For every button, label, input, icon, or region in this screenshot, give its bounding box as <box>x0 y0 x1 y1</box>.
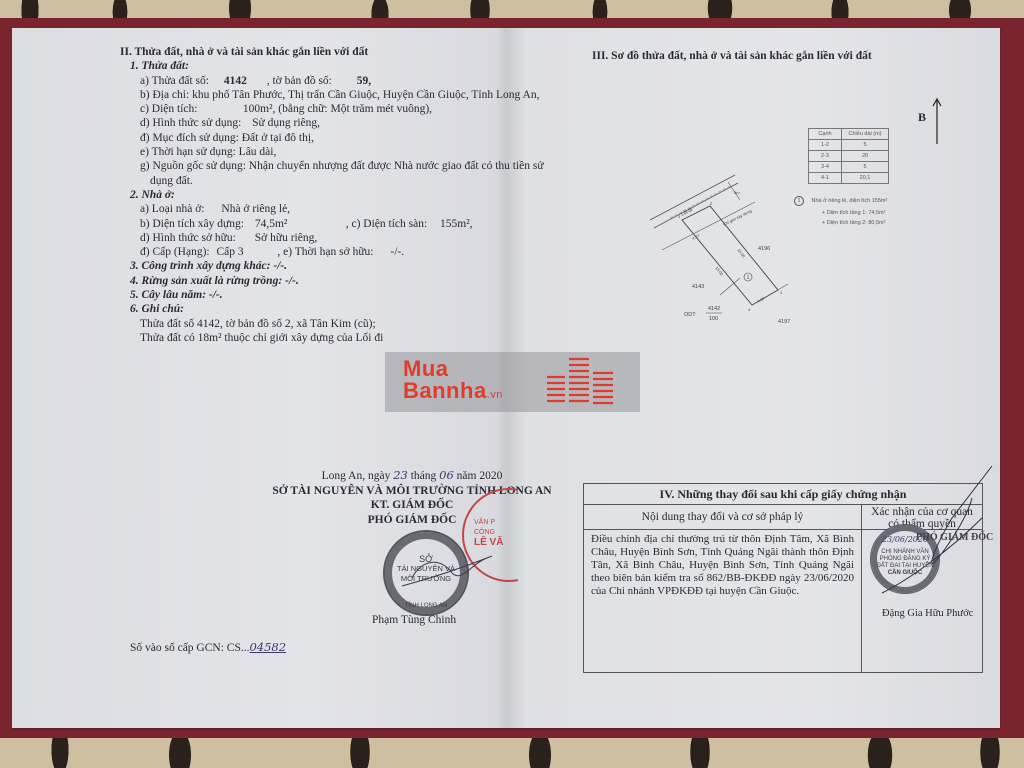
section-iii-title: III. Sơ đồ thửa đất, nhà ở và tài sản kh… <box>592 50 872 62</box>
north-label: B <box>918 110 926 125</box>
term-row: e) Thời hạn sử dụng: Lâu dài, <box>120 146 510 160</box>
certificate-paper: II. Thửa đất, nhà ở và tài sản khác gắn … <box>12 28 1000 728</box>
svg-text:4142: 4142 <box>708 306 720 312</box>
svg-text:4196: 4196 <box>758 246 770 252</box>
svg-text:4197: 4197 <box>778 319 790 325</box>
confirm-signer: Đặng Gia Hữu Phước <box>882 608 973 619</box>
use-form-row: d) Hình thức sử dụng: Sử dụng riêng, <box>120 117 510 131</box>
grade-row: đ) Cấp (Hạng): Cấp 3 , e) Thời hạn sở hữ… <box>120 246 510 260</box>
section-ii-title: II. Thửa đất, nhà ở và tài sản khác gắn … <box>120 46 510 60</box>
parcel-sketch-diagram: 1 Lối đi Chỉ giới xây dựng 5m 4.97 15.00… <box>640 160 812 332</box>
note-2: Thửa đất có 18m² thuộc chỉ giới xây dựng… <box>120 332 510 346</box>
gcn-registry: Số vào sổ cấp GCN: CS...04582 <box>130 640 286 655</box>
changes-col-content: Nội dung thay đổi và cơ sở pháp lý <box>584 505 862 529</box>
watermark-logo: Mua Bannha.vn <box>385 352 640 412</box>
parcel-row: a) Thửa đất số: 4142 , tờ bản đồ số: 59, <box>120 75 510 89</box>
left-signer-name: Phạm Tùng Chinh <box>372 613 456 627</box>
land-heading: 1. Thửa đất: <box>120 60 510 74</box>
svg-text:ODT: ODT <box>684 312 696 318</box>
buildings-logo-icon <box>545 355 625 409</box>
forest: 4. Rừng sản xuất là rừng trồng: -/-. <box>120 275 510 289</box>
left-page-content: II. Thửa đất, nhà ở và tài sản khác gắn … <box>120 46 510 346</box>
north-arrow-icon <box>927 96 947 146</box>
map-sheet-number: 59, <box>357 75 371 87</box>
table-row: 1-25 <box>809 140 889 151</box>
house-heading: 2. Nhà ở: <box>120 189 510 203</box>
notes-heading: 6. Ghi chú: <box>120 303 510 317</box>
svg-text:15.00: 15.00 <box>714 266 725 278</box>
other-works: 3. Công trình xây dựng khác: -/-. <box>120 260 510 274</box>
ownership-row: d) Hình thức sở hữu: Sở hữu riêng, <box>120 232 510 246</box>
table-row: 4-120,1 <box>809 173 889 184</box>
svg-text:4.97: 4.97 <box>691 233 701 241</box>
change-content: Điều chỉnh địa chỉ thường trú từ thôn Đị… <box>584 530 862 672</box>
signature-scribble-left <box>392 538 502 598</box>
house-type-row: a) Loại nhà ở: Nhà ở riêng lẻ, <box>120 203 510 217</box>
place-date: Long An, ngày 23 tháng 06 năm 2020 <box>262 468 562 484</box>
svg-text:4143: 4143 <box>692 284 704 290</box>
parcel-number: 4142 <box>224 75 264 87</box>
area-row: c) Diện tích: 100m², (bằng chữ: Một trăm… <box>120 103 510 117</box>
address-row: b) Địa chỉ: khu phố Tân Phước, Thị trấn … <box>120 89 510 103</box>
svg-text:Lối đi: Lối đi <box>680 207 693 218</box>
origin-cont: dụng đất. <box>120 175 510 189</box>
address-value: khu phố Tân Phước, Thị trấn Cần Giuộc, H… <box>192 89 539 101</box>
svg-text:100: 100 <box>709 316 718 322</box>
table-row: 2-320 <box>809 151 889 162</box>
signature-scribble-right <box>872 458 1002 598</box>
svg-text:5m: 5m <box>734 190 740 195</box>
svg-text:2: 2 <box>710 201 713 206</box>
note-1: Thửa đất số 4142, tờ bản đồ số 2, xã Tân… <box>120 318 510 332</box>
origin-row: g) Nguồn gốc sử dụng: Nhận chuyển nhượng… <box>120 160 510 174</box>
svg-text:3: 3 <box>780 290 783 295</box>
area-value: 100m², (bằng chữ: Một trăm mét vuông), <box>243 103 432 115</box>
gcn-number: 04582 <box>249 640 286 654</box>
purpose-row: đ) Mục đích sử dụng: Đất ở tại đô thị, <box>120 132 510 146</box>
month-handwritten: 06 <box>439 468 454 482</box>
perennial: 5. Cây lâu năm: -/-. <box>120 289 510 303</box>
svg-text:1: 1 <box>747 275 750 281</box>
svg-text:4.97: 4.97 <box>756 296 766 304</box>
day-handwritten: 23 <box>393 468 408 482</box>
svg-text:4: 4 <box>748 307 751 312</box>
edge-length-table: Cạnh Chiều dài (m) 1-25 2-320 3-45 4-120… <box>808 128 889 184</box>
table-row: 3-45 <box>809 162 889 173</box>
built-area-row: b) Diện tích xây dựng: 74,5m² , c) Diện … <box>120 218 510 232</box>
